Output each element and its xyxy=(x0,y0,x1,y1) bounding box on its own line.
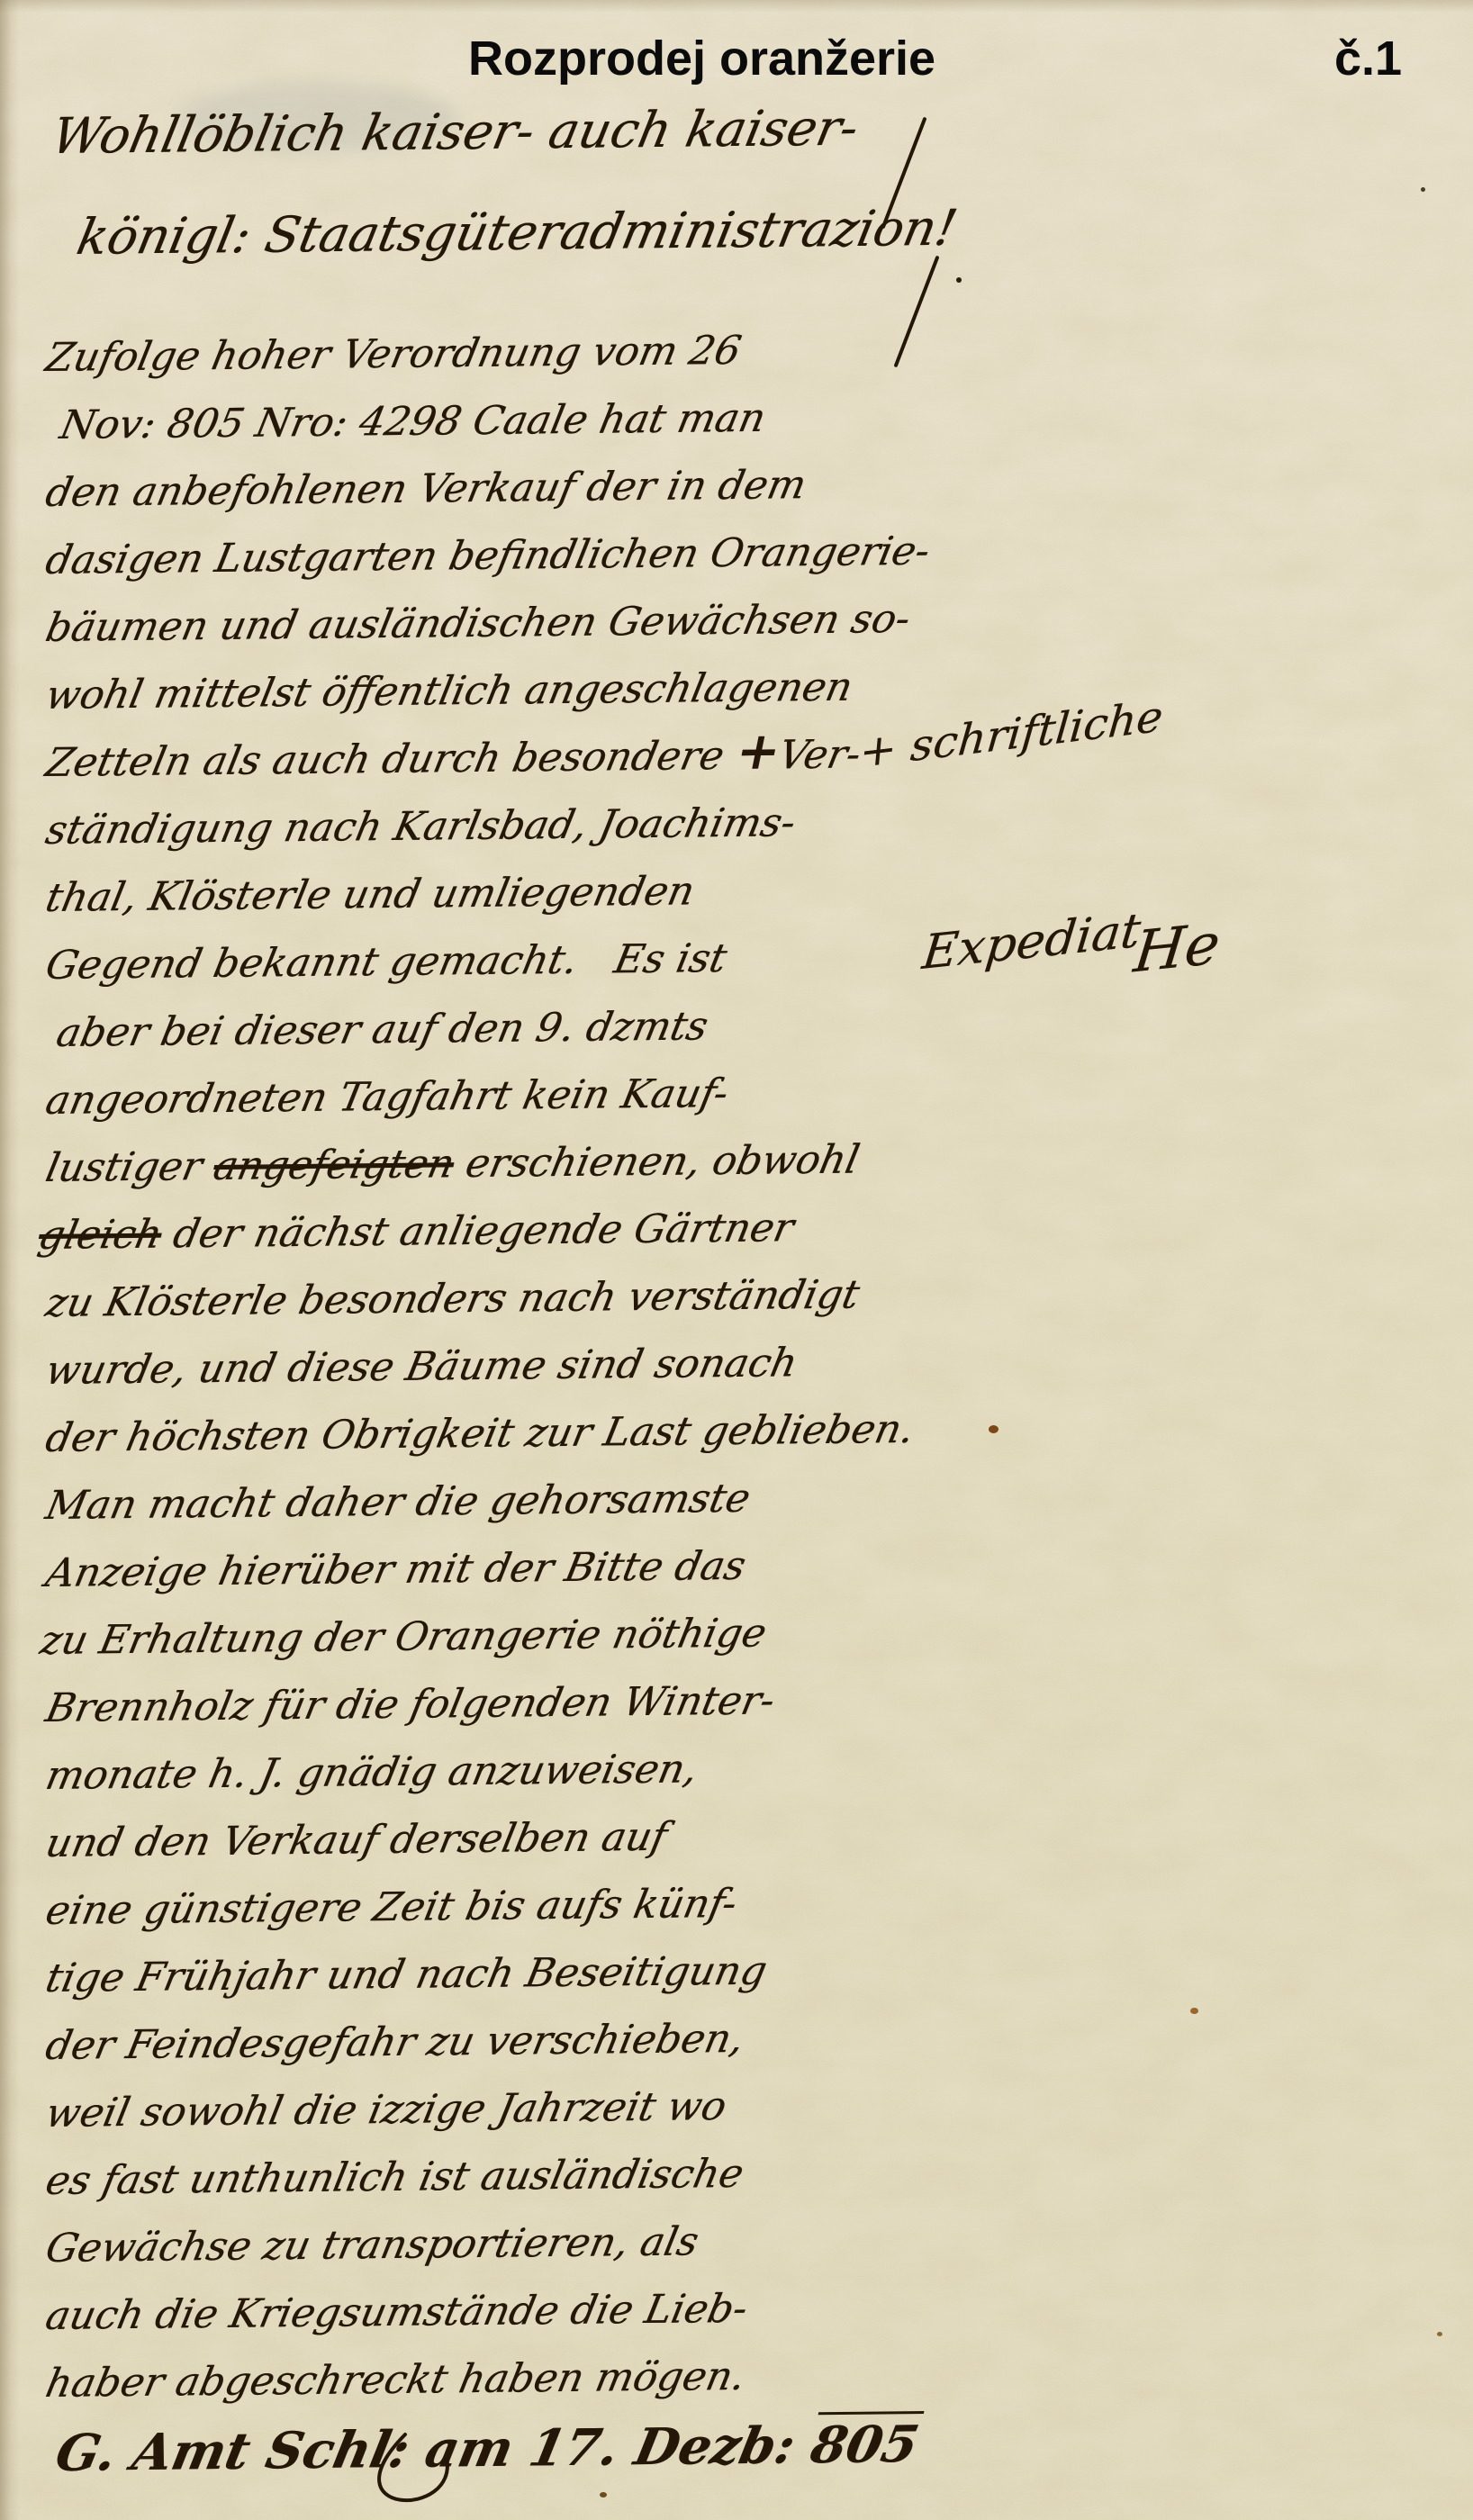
manuscript-line: Anzeige hierüber mit der Bitte das xyxy=(41,1543,749,1598)
manuscript-line: und den Verkauf derselben auf xyxy=(41,1814,671,1868)
manuscript-line: weil sowohl die izzige Jahrzeit wo xyxy=(41,2083,730,2138)
manuscript-address-line: königl: Staatsgüteradministrazion! xyxy=(72,198,962,266)
paper-stain xyxy=(1190,2008,1198,2014)
manuscript-line: monate h. J. gnädig anzuweisen, xyxy=(41,1746,701,1800)
paper-stain xyxy=(600,2492,607,2497)
page-title: Rozprodej oranžerie xyxy=(468,31,935,86)
manuscript-line: der höchsten Obrigkeit zur Last gebliebe… xyxy=(41,1406,918,1463)
manuscript-line: thal, Klösterle und umliegenden xyxy=(41,868,699,922)
scanned-document-page: Rozprodej oranžerie č.1 Wohllöblich kais… xyxy=(0,0,1473,2520)
paper-stain xyxy=(1421,187,1425,192)
crossed-out-word: gleich xyxy=(34,1212,166,1259)
manuscript-line: Gewächse zu transportieren, als xyxy=(41,2218,702,2272)
manuscript-line: dasigen Lustgarten befindlichen Orangeri… xyxy=(41,528,934,585)
manuscript-line: tige Frühjahr und nach Beseitigung xyxy=(41,1948,771,2003)
ink-dot xyxy=(956,277,962,283)
crossed-out-word: angefeigten xyxy=(210,1141,458,1189)
manuscript-line: Zetteln als auch durch besondere +Ver- xyxy=(41,732,864,788)
manuscript-line: ständigung nach Karlsbad, Joachims- xyxy=(41,799,800,854)
manuscript-line: Man macht daher die gehorsamste xyxy=(41,1476,755,1531)
paraph-monogram: He xyxy=(1131,910,1224,985)
manuscript-line: Nov: 805 Nro: 4298 Caale hat man xyxy=(56,395,770,450)
manuscript-line: auch die Kriegsumstände die Lieb- xyxy=(41,2286,752,2341)
manuscript-line: Brennholz für die folgenden Winter- xyxy=(41,1678,779,1733)
paper-stain xyxy=(1437,2332,1442,2336)
manuscript-line: gleich der nächst anliegende Gärtner xyxy=(34,1205,798,1260)
document-number: č.1 xyxy=(1334,31,1402,86)
manuscript-line: Gegend bekannt gemacht. Es ist xyxy=(41,935,730,990)
manuscript-line: aber bei dieser auf den 9. dzmts xyxy=(52,1003,712,1057)
manuscript-line: es fast unthunlich ist ausländische xyxy=(41,2151,747,2206)
manuscript-line: wurde, und diese Bäume sind sonach xyxy=(41,1340,801,1395)
manuscript-line: Zufolge hoher Verordnung vom 26 xyxy=(41,328,745,383)
manuscript-line: wohl mittelst öffentlich angeschlagenen xyxy=(41,664,856,720)
manuscript-dateline: G. Amt Schl: am 17. Dezb: 805 xyxy=(50,2415,923,2484)
paper-stain xyxy=(989,1425,999,1433)
manuscript-address-line: Wohllöblich kaiser- auch kaiser- xyxy=(47,98,863,166)
manuscript-line: angeordneten Tagfahrt kein Kauf- xyxy=(41,1070,732,1125)
manuscript-line: der Feindesgefahr zu verschieben, xyxy=(41,2016,748,2071)
margin-note-schriftlich: + schriftliche xyxy=(857,691,1164,778)
margin-note-expediat: ExpediatHe xyxy=(919,885,1225,982)
manuscript-line: eine günstigere Zeit bis aufs künf- xyxy=(41,1881,741,1936)
manuscript-line: haber abgeschreckt haben mögen. xyxy=(41,2353,749,2408)
manuscript-line: bäumen und ausländischen Gewächsen so- xyxy=(41,596,914,653)
margin-slash-mark xyxy=(893,256,939,368)
manuscript-line: den anbefohlenen Verkauf der in dem xyxy=(41,462,810,518)
scan-edge-shadow-top xyxy=(0,0,1473,13)
dateline-year: 805 xyxy=(806,2411,924,2475)
manuscript-line: zu Klösterle besonders nach verständigt xyxy=(41,1272,863,1328)
manuscript-line: zu Erhaltung der Orangerie nöthige xyxy=(36,1611,771,1666)
scan-edge-shadow xyxy=(0,0,20,2520)
manuscript-line: lustiger angefeigten erschienen, obwohl xyxy=(41,1137,863,1193)
